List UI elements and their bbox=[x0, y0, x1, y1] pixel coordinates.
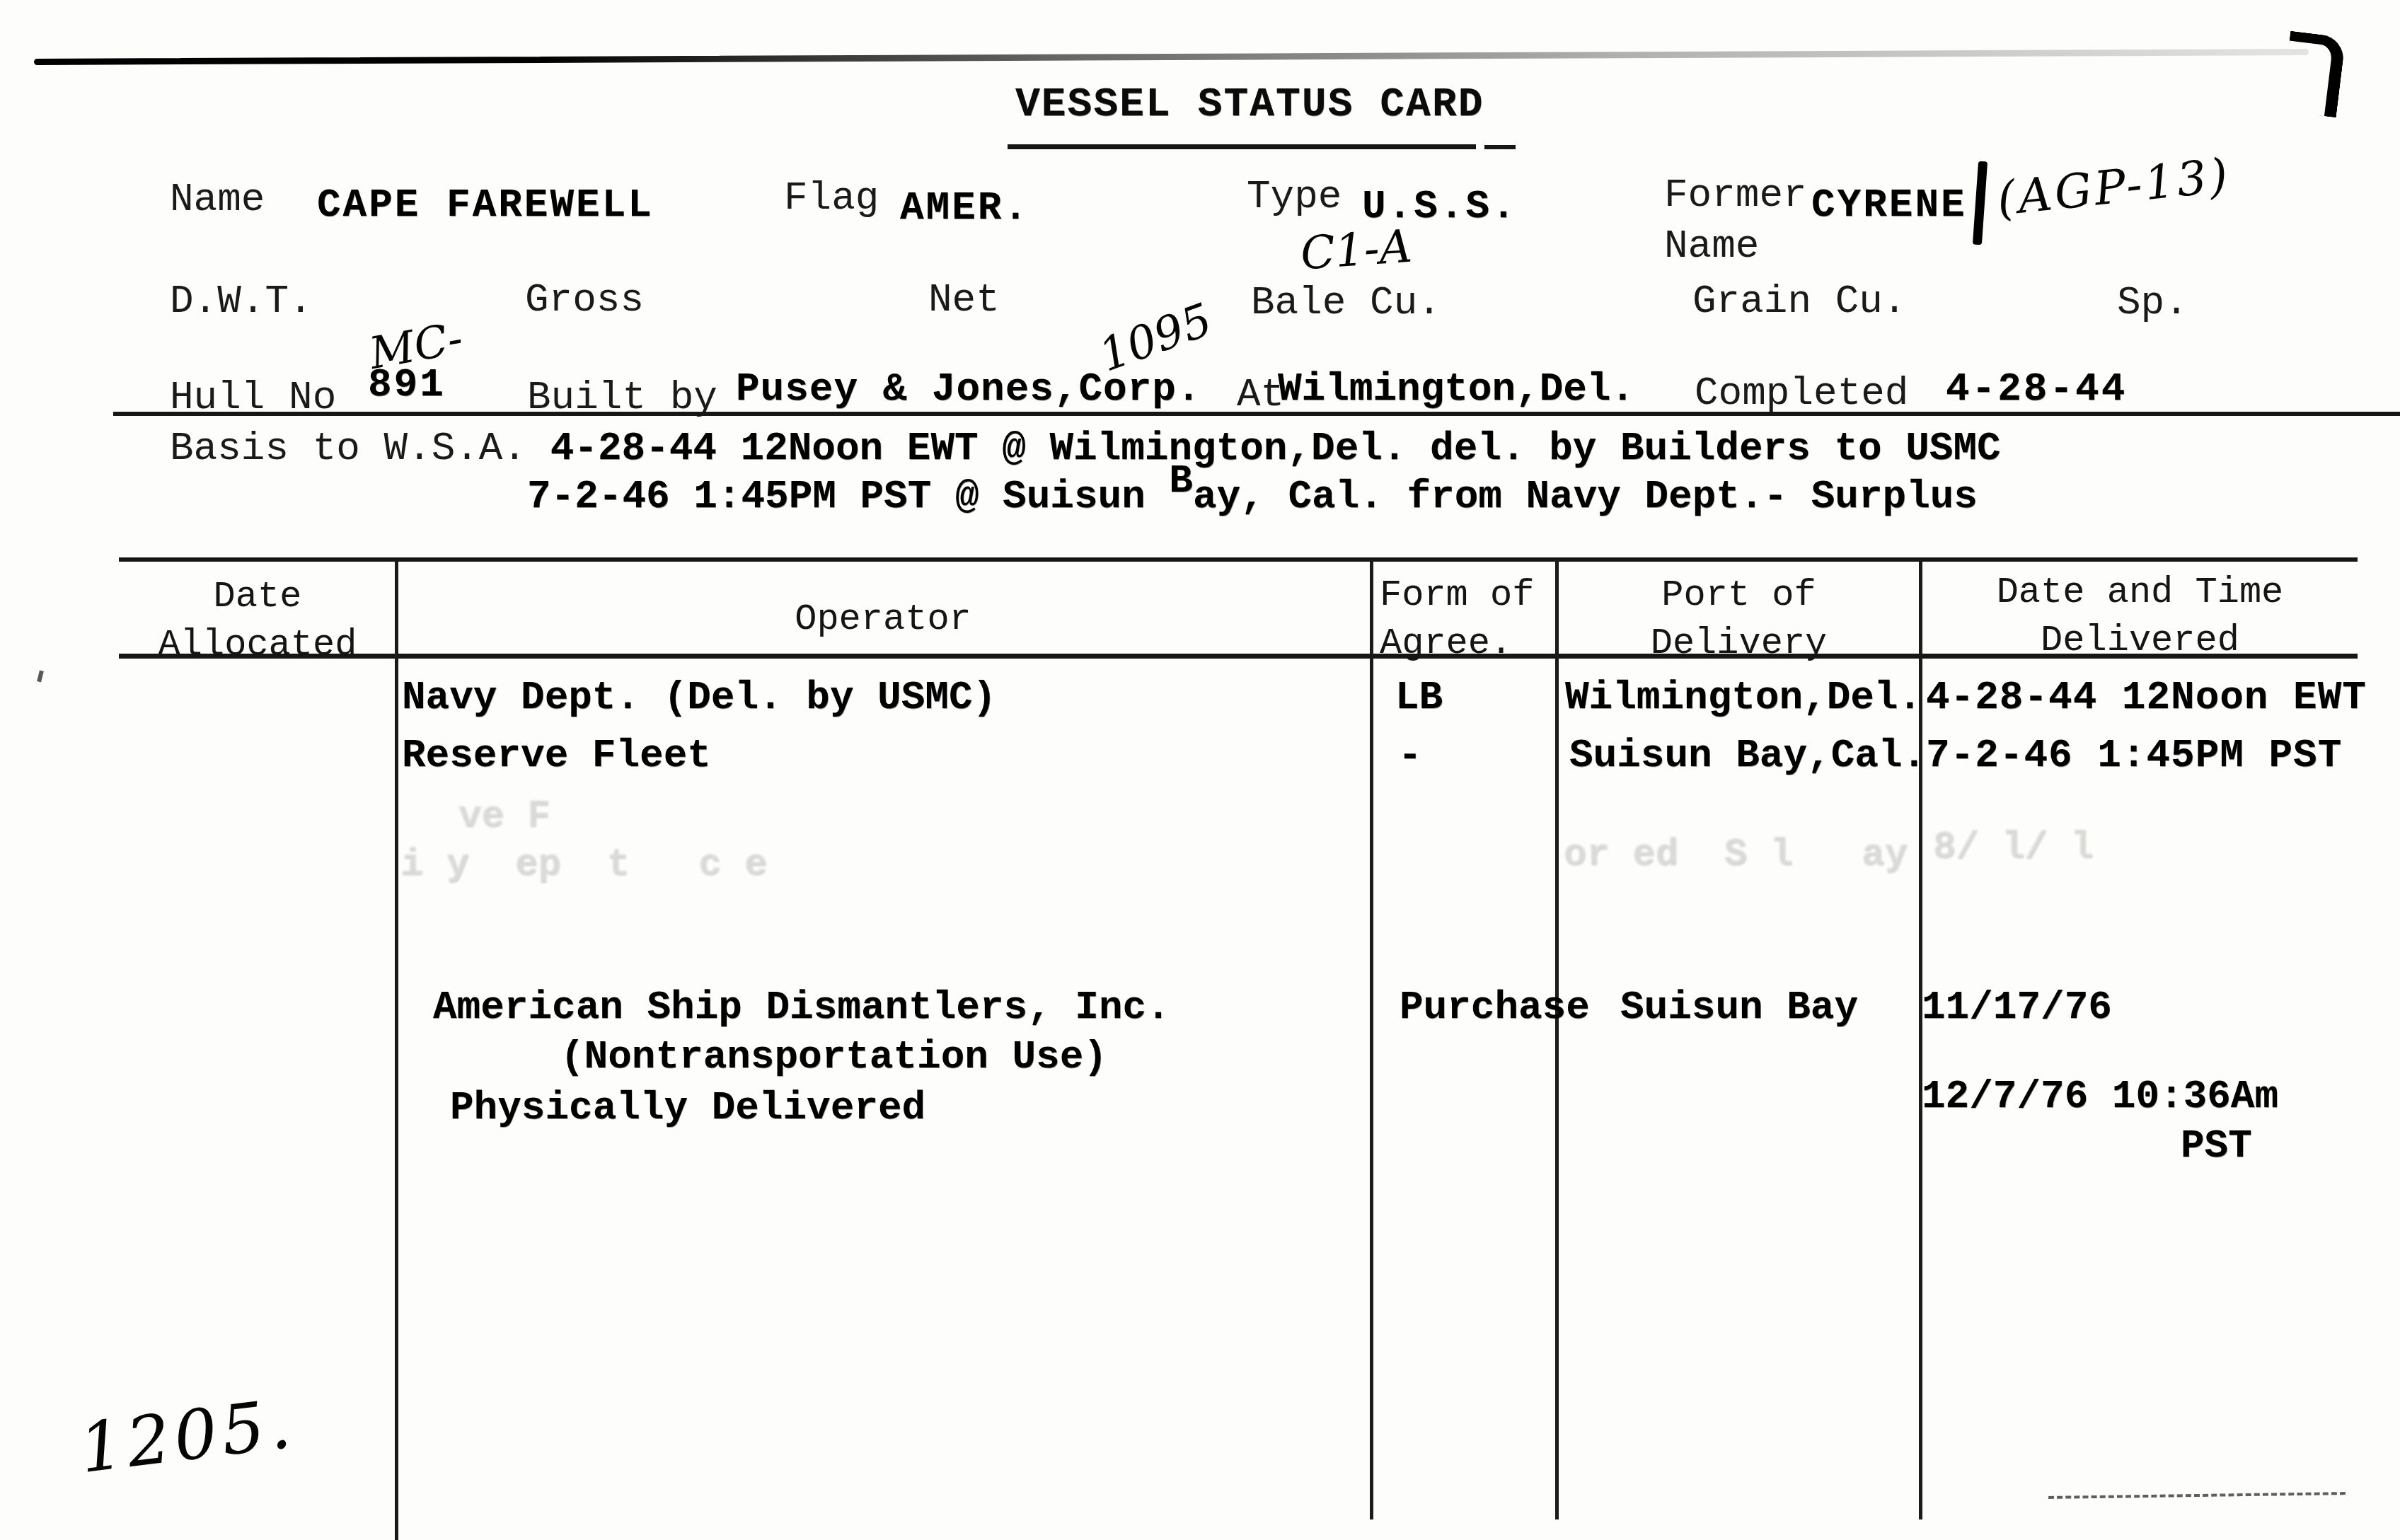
type-handwritten-note: C1-A bbox=[1299, 224, 1414, 277]
basis-line2-pre: 7-2-46 1:45PM PST @ Suisun bbox=[527, 474, 1169, 519]
gross-label: Gross bbox=[525, 280, 644, 320]
completed-label: Completed bbox=[1695, 374, 1908, 413]
row3-operator-line2: (Nontransportation Use) bbox=[560, 1037, 1107, 1077]
row3-delivered: 11/17/76 bbox=[1922, 988, 2112, 1027]
table-top-border bbox=[119, 557, 2358, 562]
built-at-value: Wilmington,Del. bbox=[1278, 369, 1634, 409]
dwt-label: D.W.T. bbox=[170, 282, 313, 321]
former-name-overstrike-mark bbox=[1973, 161, 1987, 245]
row2-form-of-agree: - bbox=[1398, 736, 1422, 775]
row1-delivered: 4-28-44 12Noon EWT bbox=[1926, 678, 2367, 717]
col-header-port-of-delivery: Port of Delivery bbox=[1559, 572, 1919, 667]
scan-left-margin-speck bbox=[37, 671, 44, 683]
completed-value: 4-28-44 bbox=[1946, 369, 2127, 409]
row3-form-of-agree: Purchase bbox=[1400, 988, 1590, 1027]
type-value: U.S.S. bbox=[1362, 187, 1518, 226]
col-header-form-of-agree: Form of Agree. bbox=[1380, 572, 1557, 667]
basis-line-2: 7-2-46 1:45PM PST @ Suisun Bay, Cal. fro… bbox=[527, 477, 1978, 516]
faded-row-operator-fragment-2: i y ep t c e bbox=[400, 846, 767, 884]
faded-row-port-fragment: or ed S l ay bbox=[1564, 836, 1908, 874]
row3-port: Suisun Bay bbox=[1620, 988, 1858, 1027]
col-header-date-time-delivered: Date and Time Delivered bbox=[1922, 569, 2358, 664]
hull-no-value: 891 bbox=[368, 365, 446, 405]
row1-form-of-agree: LB bbox=[1395, 678, 1443, 717]
sp-label: Sp. bbox=[2117, 283, 2188, 323]
col-header-date-allocated: Date Allocated bbox=[120, 573, 395, 668]
row4-delivered-line2: PST bbox=[2181, 1126, 2252, 1166]
basis-line-1: Basis to W.S.A. 4-28-44 12Noon EWT @ Wil… bbox=[170, 429, 2001, 468]
basis-label: Basis to W.S.A. bbox=[170, 426, 526, 471]
faded-row-delivered-fragment: 8/ l/ l bbox=[1933, 829, 2094, 867]
former-name-label-line1: Former bbox=[1664, 175, 1807, 215]
basis-line1-value: 4-28-44 12Noon EWT @ Wilmington,Del. del… bbox=[550, 426, 2001, 471]
title-underline-dash bbox=[1484, 145, 1516, 149]
row4-operator: Physically Delivered bbox=[450, 1088, 925, 1128]
bottom-left-handwritten-number: 1205. bbox=[76, 1389, 298, 1483]
row2-delivered: 7-2-46 1:45PM PST bbox=[1926, 736, 2342, 775]
type-label: Type bbox=[1247, 177, 1342, 216]
scan-top-edge-mark bbox=[34, 49, 2309, 65]
former-name-handwritten: (AGP-13) bbox=[1995, 152, 2232, 223]
bale-cu-label: Bale Cu. bbox=[1251, 283, 1441, 323]
row2-port: Suisun Bay,Cal. bbox=[1569, 736, 1926, 775]
basis-line2-post: ay, Cal. from Navy Dept.- Surplus bbox=[1193, 474, 1978, 519]
basis-line2-raised-letter: B bbox=[1169, 458, 1193, 504]
divider-under-build-row bbox=[113, 412, 2400, 416]
col-header-operator: Operator bbox=[396, 596, 1370, 644]
faded-row-operator-fragment-1: ve F bbox=[458, 798, 550, 836]
former-name-label-line2: Name bbox=[1664, 226, 1759, 266]
row1-operator: Navy Dept. (Del. by USMC) bbox=[402, 678, 996, 717]
title-underline bbox=[1008, 144, 1476, 149]
name-value: CAPE FAREWELL bbox=[317, 185, 654, 225]
net-label: Net bbox=[928, 280, 1000, 320]
table-col-divider-2 bbox=[1370, 560, 1373, 1519]
scan-top-right-hook-mark bbox=[2280, 31, 2346, 118]
flag-label: Flag bbox=[784, 178, 879, 218]
name-label: Name bbox=[170, 180, 265, 219]
row2-operator: Reserve Fleet bbox=[402, 736, 711, 775]
vessel-status-card-scan: VESSEL STATUS CARD Name CAPE FAREWELL Fl… bbox=[0, 0, 2400, 1540]
row4-delivered-line1: 12/7/76 10:36Am bbox=[1922, 1077, 2278, 1116]
row3-operator: American Ship Dismantlers, Inc. bbox=[433, 988, 1170, 1027]
scan-bottom-right-dashes bbox=[2048, 1492, 2346, 1499]
table-col-divider-1 bbox=[395, 560, 398, 1540]
flag-value: AMER. bbox=[900, 188, 1029, 228]
built-by-value: Pusey & Jones,Corp. bbox=[736, 369, 1201, 409]
former-name-value: CYRENE bbox=[1811, 185, 1967, 225]
card-title: VESSEL STATUS CARD bbox=[1015, 85, 1484, 126]
table-col-divider-3 bbox=[1555, 560, 1559, 1519]
row1-port: Wilmington,Del. bbox=[1565, 678, 1922, 717]
grain-cu-label: Grain Cu. bbox=[1692, 282, 1906, 321]
